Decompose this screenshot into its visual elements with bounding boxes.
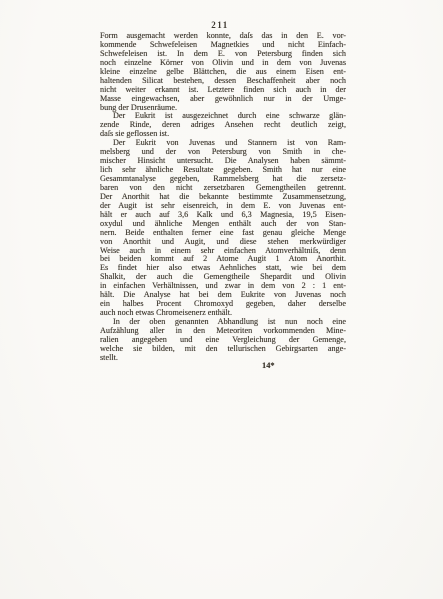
text-line: haltenden Silicat bestehen, dessen Besch… [100, 77, 346, 86]
text-line: von Anorthit und Augit, und diese stehen… [100, 238, 346, 247]
text-line: hält er auch auf 3,6 Kalk und 6,3 Magnes… [100, 211, 346, 220]
text-line: bei beiden kommt auf 2 Atome Augit 1 Ato… [100, 255, 346, 264]
text-line: Der Eukrit von Juvenas und Stannern ist … [100, 139, 346, 148]
text-line: bung der Drusenräume. [100, 104, 346, 113]
text-line: zende Rinde, deren adriges Ansehen recht… [100, 121, 346, 130]
page-text-block: Form ausgemacht werden konnte, daſs das … [100, 32, 346, 363]
text-line: noch einzelne Körner von Olivin und in d… [100, 59, 346, 68]
text-line: auch noch etwas Chromeisenerz enthält. [100, 309, 346, 318]
text-line: Der Eukrit ist ausgezeichnet durch eine … [100, 112, 346, 121]
text-line: Der Anorthit hat die bekannte bestimmte … [100, 193, 346, 202]
signature-mark: 14* [262, 361, 275, 370]
text-line: In der oben genannten Abhandlung ist nun… [100, 318, 346, 327]
text-line: ralien angegeben und eine Vergleichung d… [100, 336, 346, 345]
text-line: in einfachen Verhältnissen, und zwar in … [100, 282, 346, 291]
text-line: welche sie bilden, mit den tellurischen … [100, 345, 346, 354]
scanned-book-page: 211 Form ausgemacht werden konnte, daſs … [0, 0, 443, 599]
text-line: Schwefeleisen ist. In dem E. von Petersb… [100, 50, 346, 59]
text-line: Aufzählung aller in den Meteoriten vorko… [100, 327, 346, 336]
text-line: baren von den nicht zersetzbaren Gemengt… [100, 184, 346, 193]
text-line: hält. Die Analyse hat bei dem Eukrite vo… [100, 291, 346, 300]
text-line: mischer Hinsicht untersucht. Die Analyse… [100, 157, 346, 166]
text-line: lich sehr ähnliche Resultate gegeben. Sm… [100, 166, 346, 175]
text-line: Gesammtanalyse gegeben, Rammelsberg hat … [100, 175, 346, 184]
text-line: oxydul und ähnliche Mengen enthält auch … [100, 220, 346, 229]
text-line: kleine einzelne gelbe Blättchen, die aus… [100, 68, 346, 77]
text-line: Shalkit, der auch die Gemengtheile Shepa… [100, 273, 346, 282]
text-line: daſs sie geflossen ist. [100, 130, 346, 139]
text-line: Masse eingewachsen, aber gewöhnlich nur … [100, 95, 346, 104]
text-line: kommende Schwefeleisen Magnetkies und ni… [100, 41, 346, 50]
text-line: ein halbes Procent Chromoxyd gegeben, da… [100, 300, 346, 309]
text-line: stellt. [100, 354, 346, 363]
text-line: melsberg und der von Petersburg von Smit… [100, 148, 346, 157]
text-line: nicht weiter erkannt ist. Letztere finde… [100, 86, 346, 95]
text-line: Weise auch in einem sehr einfachen Atomv… [100, 247, 346, 256]
text-line: Form ausgemacht werden konnte, daſs das … [100, 32, 346, 41]
text-line: der Augit ist sehr eisenreich, in dem E.… [100, 202, 346, 211]
page-number: 211 [100, 20, 340, 30]
text-line: Es findet hier also etwas Aehnliches sta… [100, 264, 346, 273]
text-line: nern. Beide enthalten ferner eine fast g… [100, 229, 346, 238]
